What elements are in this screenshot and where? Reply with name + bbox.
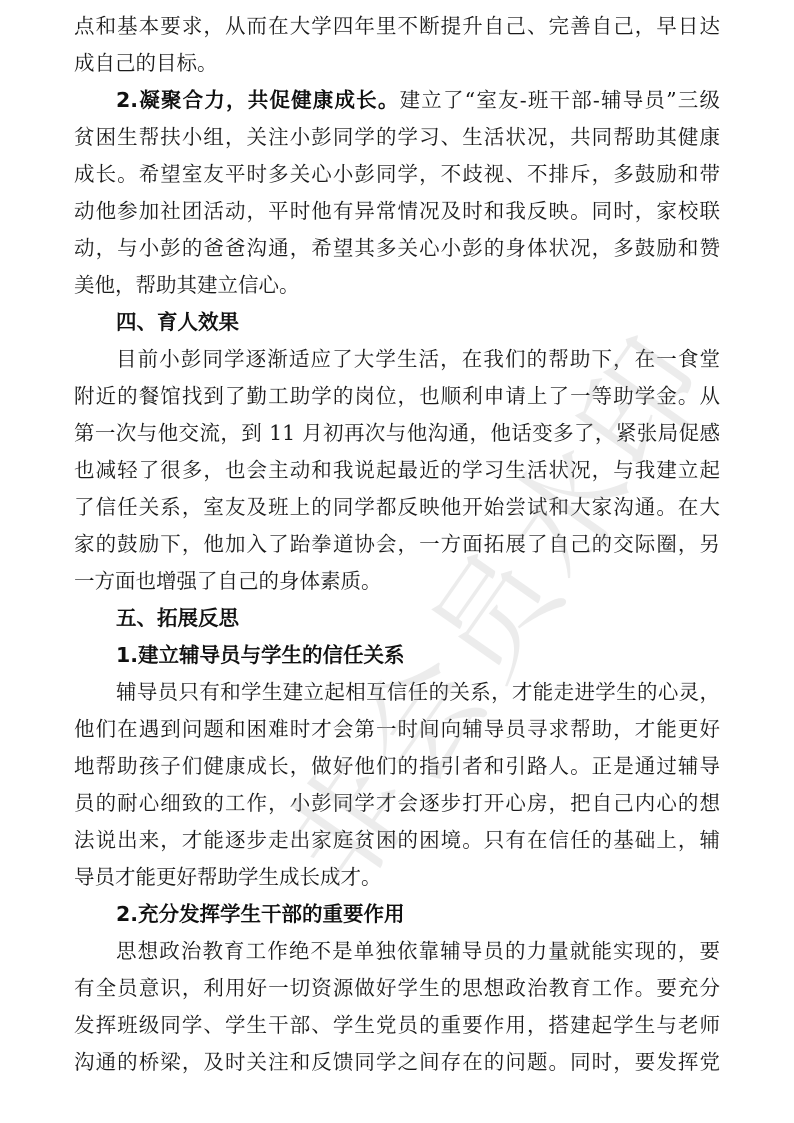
paragraph-line: 法说出来，才能逐步走出家庭贫困的困境。只有在信任的基础上，辅 — [74, 825, 720, 855]
paragraph-line: 成自己的目标。 — [74, 48, 720, 78]
subsection-heading-1: 1.建立辅导员与学生的信任关系 — [116, 640, 720, 670]
paragraph-line: 他们在遇到问题和困难时才会第一时间向辅导员寻求帮助，才能更好 — [74, 714, 720, 744]
paragraph-line: 辅导员只有和学生建立起相互信任的关系，才能走进学生的心灵， — [116, 677, 720, 707]
paragraph-line: 地帮助孩子们健康成长，做好他们的指引者和引路人。正是通过辅导 — [74, 751, 720, 781]
paragraph-line: 美他，帮助其建立信心。 — [74, 270, 720, 300]
paragraph-line: 第一次与他交流，到 11 月初再次与他沟通，他话变多了，紧张局促感 — [74, 418, 720, 448]
paragraph-line: 导员才能更好帮助学生成长成才。 — [74, 862, 720, 892]
paragraph-line-with-lead: 2.凝聚合力，共促健康成长。建立了“室友-班干部-辅导员”三级 — [116, 85, 720, 115]
document-page: 点和基本要求，从而在大学四年里不断提升自己、完善自己，早日达 成自己的目标。 2… — [0, 0, 794, 1123]
paragraph-line: 了信任关系，室友及班上的同学都反映他开始尝试和大家沟通。在大 — [74, 492, 720, 522]
paragraph-line: 也减轻了很多，也会主动和我说起最近的学习生活状况，与我建立起 — [74, 455, 720, 485]
paragraph-line: 附近的餐馆找到了勤工助学的岗位，也顺利申请上了一等助学金。从 — [74, 381, 720, 411]
paragraph-line: 动，与小彭的爸爸沟通，希望其多关心小彭的身体状况，多鼓励和赞 — [74, 233, 720, 263]
paragraph-line: 思想政治教育工作绝不是单独依靠辅导员的力量就能实现的，要 — [116, 936, 720, 966]
paragraph-line: 沟通的桥梁，及时关注和反馈同学之间存在的问题。同时，要发挥党 — [74, 1047, 720, 1077]
paragraph-line: 点和基本要求，从而在大学四年里不断提升自己、完善自己，早日达 — [74, 11, 720, 41]
paragraph-text: 建立了“室友-班干部-辅导员”三级 — [400, 88, 720, 112]
paragraph-line: 一方面也增强了自己的身体素质。 — [74, 566, 720, 596]
section-heading-five: 五、拓展反思 — [116, 603, 720, 633]
section-heading-four: 四、育人效果 — [116, 307, 720, 337]
paragraph-line: 家的鼓励下，他加入了跆拳道协会，一方面拓展了自己的交际圈，另 — [74, 529, 720, 559]
paragraph-line: 发挥班级同学、学生干部、学生党员的重要作用，搭建起学生与老师 — [74, 1010, 720, 1040]
paragraph-line: 员的耐心细致的工作，小彭同学才会逐步打开心房，把自己内心的想 — [74, 788, 720, 818]
paragraph-line: 目前小彭同学逐渐适应了大学生活，在我们的帮助下，在一食堂 — [116, 344, 720, 374]
paragraph-line: 成长。希望室友平时多关心小彭同学，不歧视、不排斥，多鼓励和带 — [74, 159, 720, 189]
paragraph-line: 贫困生帮扶小组，关注小彭同学的学习、生活状况，共同帮助其健康 — [74, 122, 720, 152]
subsection-lead: 2.凝聚合力，共促健康成长。 — [116, 88, 400, 112]
paragraph-line: 动他参加社团活动，平时他有异常情况及时和我反映。同时，家校联 — [74, 196, 720, 226]
paragraph-line: 有全员意识，利用好一切资源做好学生的思想政治教育工作。要充分 — [74, 973, 720, 1003]
subsection-heading-2: 2.充分发挥学生干部的重要作用 — [116, 899, 720, 929]
